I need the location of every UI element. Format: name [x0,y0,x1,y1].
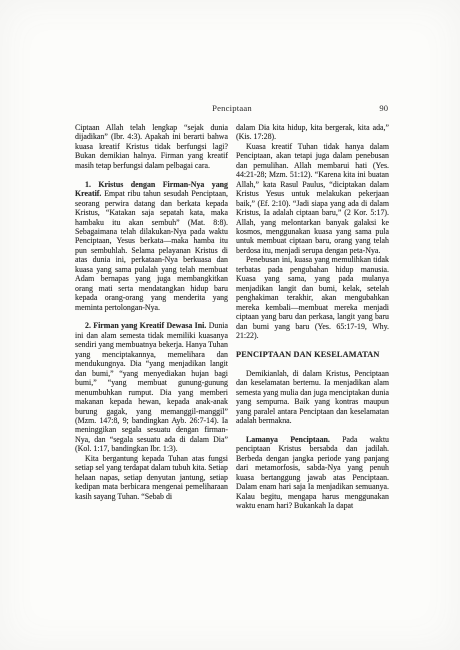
paragraph-text: Dunia ini dan alam semesta tidak memilik… [75,321,228,453]
paragraph-text: Pada waktu penciptaan Kristus bersabda d… [236,435,389,510]
paragraph-text: Kuasa kreatif Tuhan tidak hanya dalam Pe… [236,142,389,255]
paragraph-text: Kita bergantung kepada Tuhan atas fungsi… [75,454,228,501]
page-number: 90 [379,102,388,115]
left-column: Ciptaan Allah telah lengkap “sejak dunia… [75,123,228,511]
paragraph: Penebusan ini, kuasa yang memulihkan tid… [236,255,389,340]
paragraph: Ciptaan Allah telah lengkap “sejak dunia… [75,123,228,170]
paragraph-text: Penebusan ini, kuasa yang memulihkan tid… [236,255,389,340]
paragraph: 1. Kristus dengan Firman-Nya yang Kreati… [75,180,228,312]
paragraph-text: dalam Dia kita hidup, kita bergerak, kit… [236,123,389,141]
running-header: Penciptaan 90 [75,102,389,115]
text-columns: Ciptaan Allah telah lengkap “sejak dunia… [75,123,389,511]
section-heading: PENCIPTAAN DAN KESELAMATAN [236,350,389,359]
paragraph: Kuasa kreatif Tuhan tidak hanya dalam Pe… [236,142,389,255]
paragraph: Kita bergantung kepada Tuhan atas fungsi… [75,454,228,501]
document-page: Penciptaan 90 Ciptaan Allah telah lengka… [0,0,460,650]
inline-heading: Lamanya Penciptaan. [246,435,330,444]
paragraph-text: Empat ribu tahun sesudah Penciptaan, seo… [75,189,228,311]
paragraph: dalam Dia kita hidup, kita bergerak, kit… [236,123,389,142]
paragraph-text: Ciptaan Allah telah lengkap “sejak dunia… [75,123,228,170]
paragraph: 2. Firman yang Kreatif Dewasa Ini. Dunia… [75,321,228,453]
paragraph: Lamanya Penciptaan. Pada waktu penciptaa… [236,435,389,511]
inline-heading: 2. Firman yang Kreatif Dewasa Ini. [85,321,206,330]
paragraph-text: Demikianlah, di dalam Kristus, Penciptaa… [236,369,389,425]
header-title: Penciptaan [75,102,389,115]
right-column: dalam Dia kita hidup, kita bergerak, kit… [236,123,389,511]
paragraph: Demikianlah, di dalam Kristus, Penciptaa… [236,369,389,426]
